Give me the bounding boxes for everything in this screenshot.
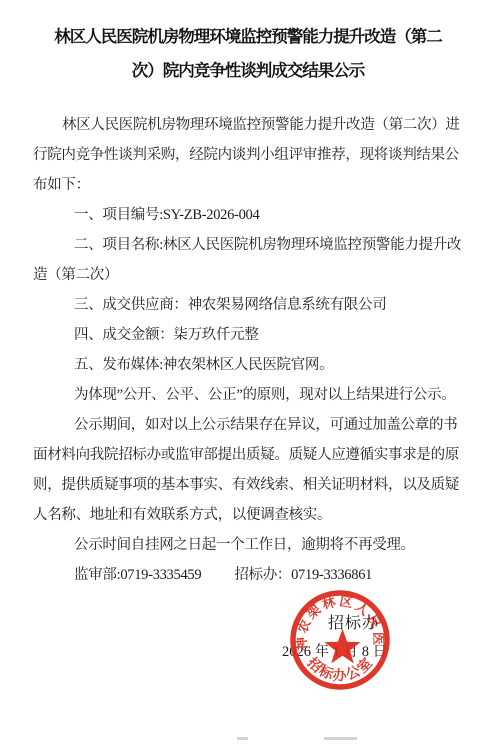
objection-paragraph: 公示期间，如对以上公示结果存在异议，可通过加盖公章的书面材料向我院招标办或监审部…: [33, 410, 463, 530]
seal-star-icon: [324, 629, 360, 663]
page-edge-artifact: [237, 737, 248, 740]
item-project-number: 一、项目编号:SY-ZB-2026-004: [33, 200, 463, 230]
contacts-line: 监审部:0719-3335459招标办：0719-3336861: [33, 560, 463, 590]
announcement-page: 林区人民医院机房物理环境监控预警能力提升改造（第二 次）院内竞争性谈判成交结果公…: [0, 0, 493, 750]
principle-paragraph: 为体现”公开、公平、公正”的原则，现对以上结果进行公示。: [33, 380, 463, 410]
bidding-office-phone: 招标办：0719-3336861: [234, 567, 372, 583]
item-project-name: 二、项目名称:林区人民医院机房物理环境监控预警能力提升改造（第二次）: [33, 230, 463, 290]
item-winning-supplier: 三、成交供应商：神农架易网络信息系统有限公司: [33, 290, 463, 320]
intro-paragraph: 林区人民医院机房物理环境监控预警能力提升改造（第二次）进行院内竞争性谈判采购，经…: [33, 110, 463, 200]
announcement-title: 林区人民医院机房物理环境监控预警能力提升改造（第二 次）院内竞争性谈判成交结果公…: [33, 20, 463, 88]
document-body: 林区人民医院机房物理环境监控预警能力提升改造（第二 次）院内竞争性谈判成交结果公…: [0, 0, 493, 590]
item-publish-media: 五、发布媒体:神农架林区人民医院官网。: [33, 350, 463, 380]
official-seal-stamp: 神农架林区人民医院 招标办公室: [285, 586, 395, 696]
item-deal-amount: 四、成交金额：柒万玖仟元整: [33, 320, 463, 350]
seal-ring-text: 神农架林区人民医院: [285, 586, 386, 651]
supervision-phone: 监审部:0719-3335459: [74, 567, 201, 583]
deadline-paragraph: 公示时间自挂网之日起一个工作日，逾期将不再受理。: [33, 530, 463, 560]
title-line-1: 林区人民医院机房物理环境监控预警能力提升改造（第二: [33, 20, 463, 54]
page-edge-artifact: [324, 737, 357, 740]
title-line-2: 次）院内竞争性谈判成交结果公示: [33, 54, 463, 88]
